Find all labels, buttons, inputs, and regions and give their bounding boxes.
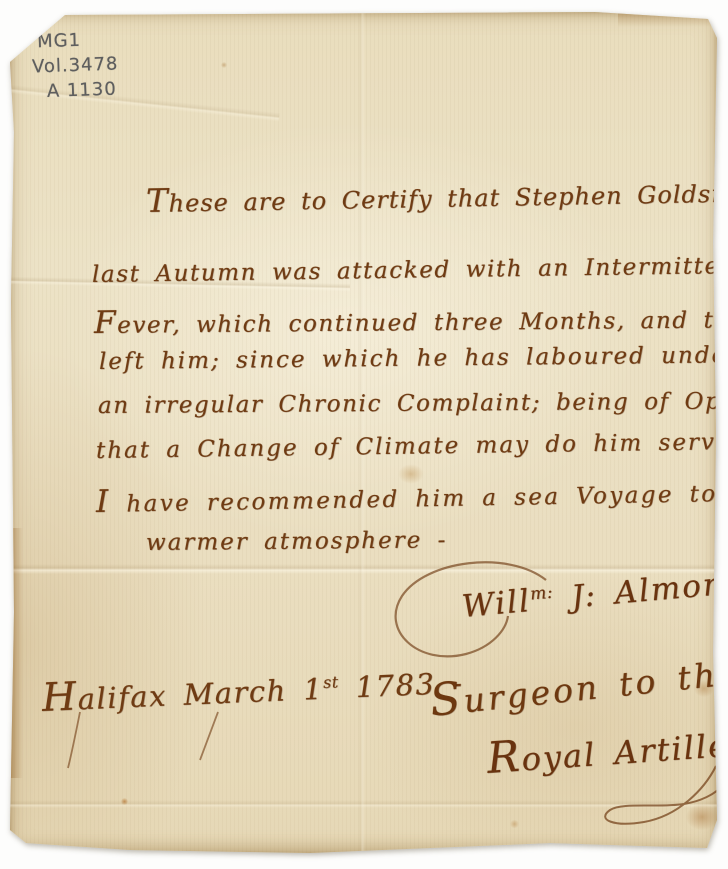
dateline-descender-flourish: [58, 710, 248, 774]
stain: [510, 820, 519, 828]
handwriting-line: last Autumn was attacked with an Intermi…: [92, 253, 728, 288]
archival-note-line: Vol.3478: [32, 51, 119, 79]
document-scan: MG1 Vol.3478 A 1130 These are to Certify…: [0, 0, 728, 869]
handwriting-line: warmer atmosphere -: [146, 527, 448, 556]
handwriting-line: an irregular Chronic Complaint; being of…: [98, 388, 728, 419]
stain: [686, 804, 718, 830]
dateline: Halifax March 1st 1783 -: [41, 658, 464, 721]
stain: [121, 798, 128, 805]
letter-paper: MG1 Vol.3478 A 1130 These are to Certify…: [10, 12, 717, 853]
fold-crease: [358, 12, 365, 853]
signature-title-line-1: Surgeon to the: [427, 643, 728, 727]
dateline-text: Halifax March 1: [41, 672, 324, 718]
fold-crease: [10, 800, 717, 808]
fold-crease: [10, 564, 717, 574]
handwriting-line: Fever, which continued three Months, and…: [94, 299, 728, 341]
archival-note-line: A 1130: [46, 76, 119, 104]
signature-name-text: Will: [460, 583, 532, 625]
handwriting-line: I have recommended him a sea Voyage to a: [96, 473, 728, 520]
archival-note-line: MG1: [37, 27, 118, 55]
handwriting-line: left him; since which he has laboured un…: [99, 342, 728, 375]
signature-name: Willm: J: Almon: [460, 566, 726, 625]
paper-shadow: MG1 Vol.3478 A 1130 These are to Certify…: [10, 12, 717, 853]
archival-reference-note: MG1 Vol.3478 A 1130: [31, 27, 120, 105]
stain: [221, 62, 227, 68]
handwriting-line: that a Change of Climate may do him serv…: [96, 429, 728, 464]
edge-stain: [618, 12, 716, 27]
dateline-ordinal-superscript: st: [323, 672, 339, 692]
signature-name-superscript: m:: [529, 583, 554, 605]
edge-stain: [10, 528, 23, 778]
signature-name-rest: J: Almon: [552, 566, 726, 617]
signature-title-line-2: Royal Artillery: [485, 715, 728, 784]
handwriting-line: These are to Certify that Stephen Goldsm…: [146, 171, 728, 220]
